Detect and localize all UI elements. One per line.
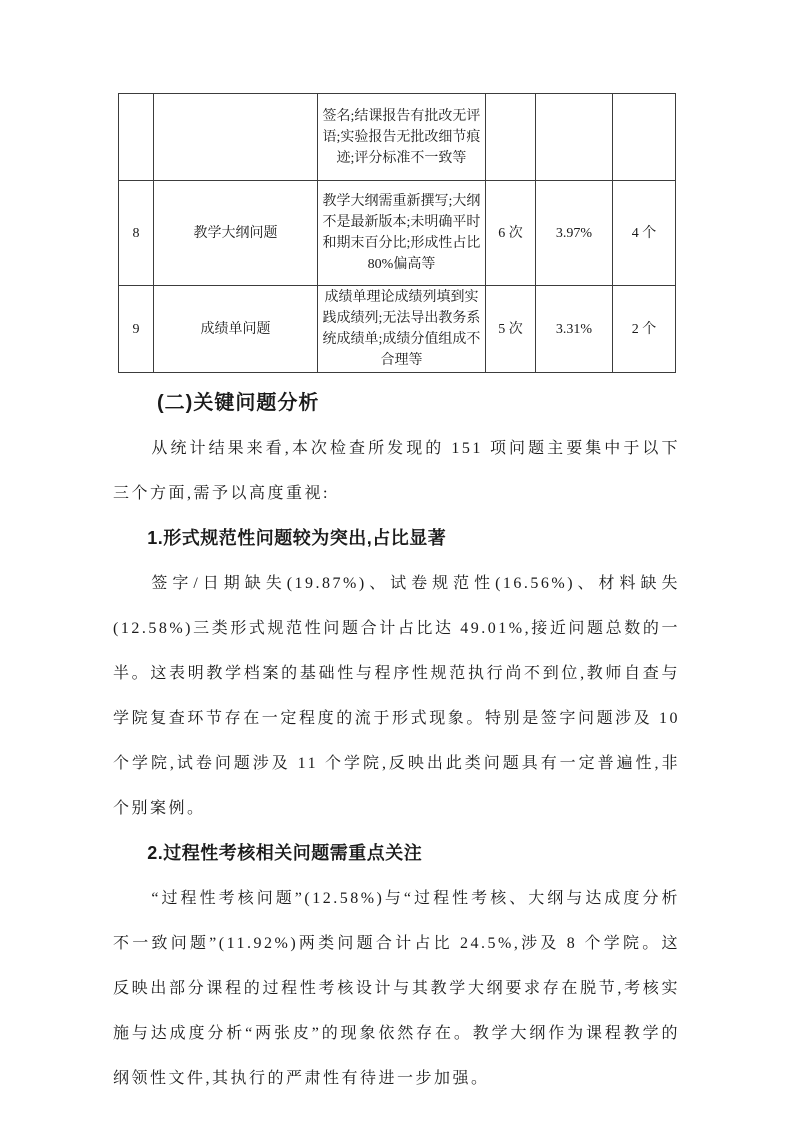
table-row-9: 9 成绩单问题 成绩单理论成绩列填到实践成绩列;无法导出教务系统成绩单;成绩分值… [119, 286, 676, 373]
table-row-8: 8 教学大纲问题 教学大纲需重新撰写;大纲不是最新版本;未明确平时和期末百分比;… [119, 181, 676, 286]
cell-problem-name: 教学大纲问题 [154, 181, 318, 286]
paragraph-process-assessment: “过程性考核问题”(12.58%)与“过程性考核、大纲与达成度分析不一致问题”(… [113, 876, 680, 1101]
cell-colleges: 2 个 [613, 286, 676, 373]
cell-count: 5 次 [486, 286, 536, 373]
sub-heading-1-formal-standardization: 1.形式规范性问题较为突出,占比显著 [113, 516, 680, 561]
cell-description: 签名;结课报告有批改无评语;实验报告无批改细节痕迹;评分标准不一致等 [318, 94, 486, 181]
cell-description: 教学大纲需重新撰写;大纲不是最新版本;未明确平时和期末百分比;形成性占比 80%… [318, 181, 486, 286]
paragraph-formal-standardization: 签字/日期缺失(19.87%)、试卷规范性(16.56%)、材料缺失(12.58… [113, 561, 680, 831]
issues-table: 签名;结课报告有批改无评语;实验报告无批改细节痕迹;评分标准不一致等 8 教学大… [118, 93, 676, 373]
cell-count: 6 次 [486, 181, 536, 286]
section-heading-key-problem-analysis: (二)关键问题分析 [113, 381, 680, 426]
table-row-continuation: 签名;结课报告有批改无评语;实验报告无批改细节痕迹;评分标准不一致等 [119, 94, 676, 181]
cell-colleges [613, 94, 676, 181]
cell-problem-name: 成绩单问题 [154, 286, 318, 373]
cell-percentage [536, 94, 613, 181]
cell-colleges: 4 个 [613, 181, 676, 286]
document-page: 签名;结课报告有批改无评语;实验报告无批改细节痕迹;评分标准不一致等 8 教学大… [0, 0, 794, 1123]
intro-paragraph: 从统计结果来看,本次检查所发现的 151 项问题主要集中于以下三个方面,需予以高… [113, 426, 680, 516]
cell-count [486, 94, 536, 181]
cell-number [119, 94, 154, 181]
cell-problem-name [154, 94, 318, 181]
cell-description: 成绩单理论成绩列填到实践成绩列;无法导出教务系统成绩单;成绩分值组成不合理等 [318, 286, 486, 373]
sub-heading-2-process-assessment: 2.过程性考核相关问题需重点关注 [113, 831, 680, 876]
cell-number: 8 [119, 181, 154, 286]
cell-number: 9 [119, 286, 154, 373]
cell-percentage: 3.31% [536, 286, 613, 373]
cell-percentage: 3.97% [536, 181, 613, 286]
